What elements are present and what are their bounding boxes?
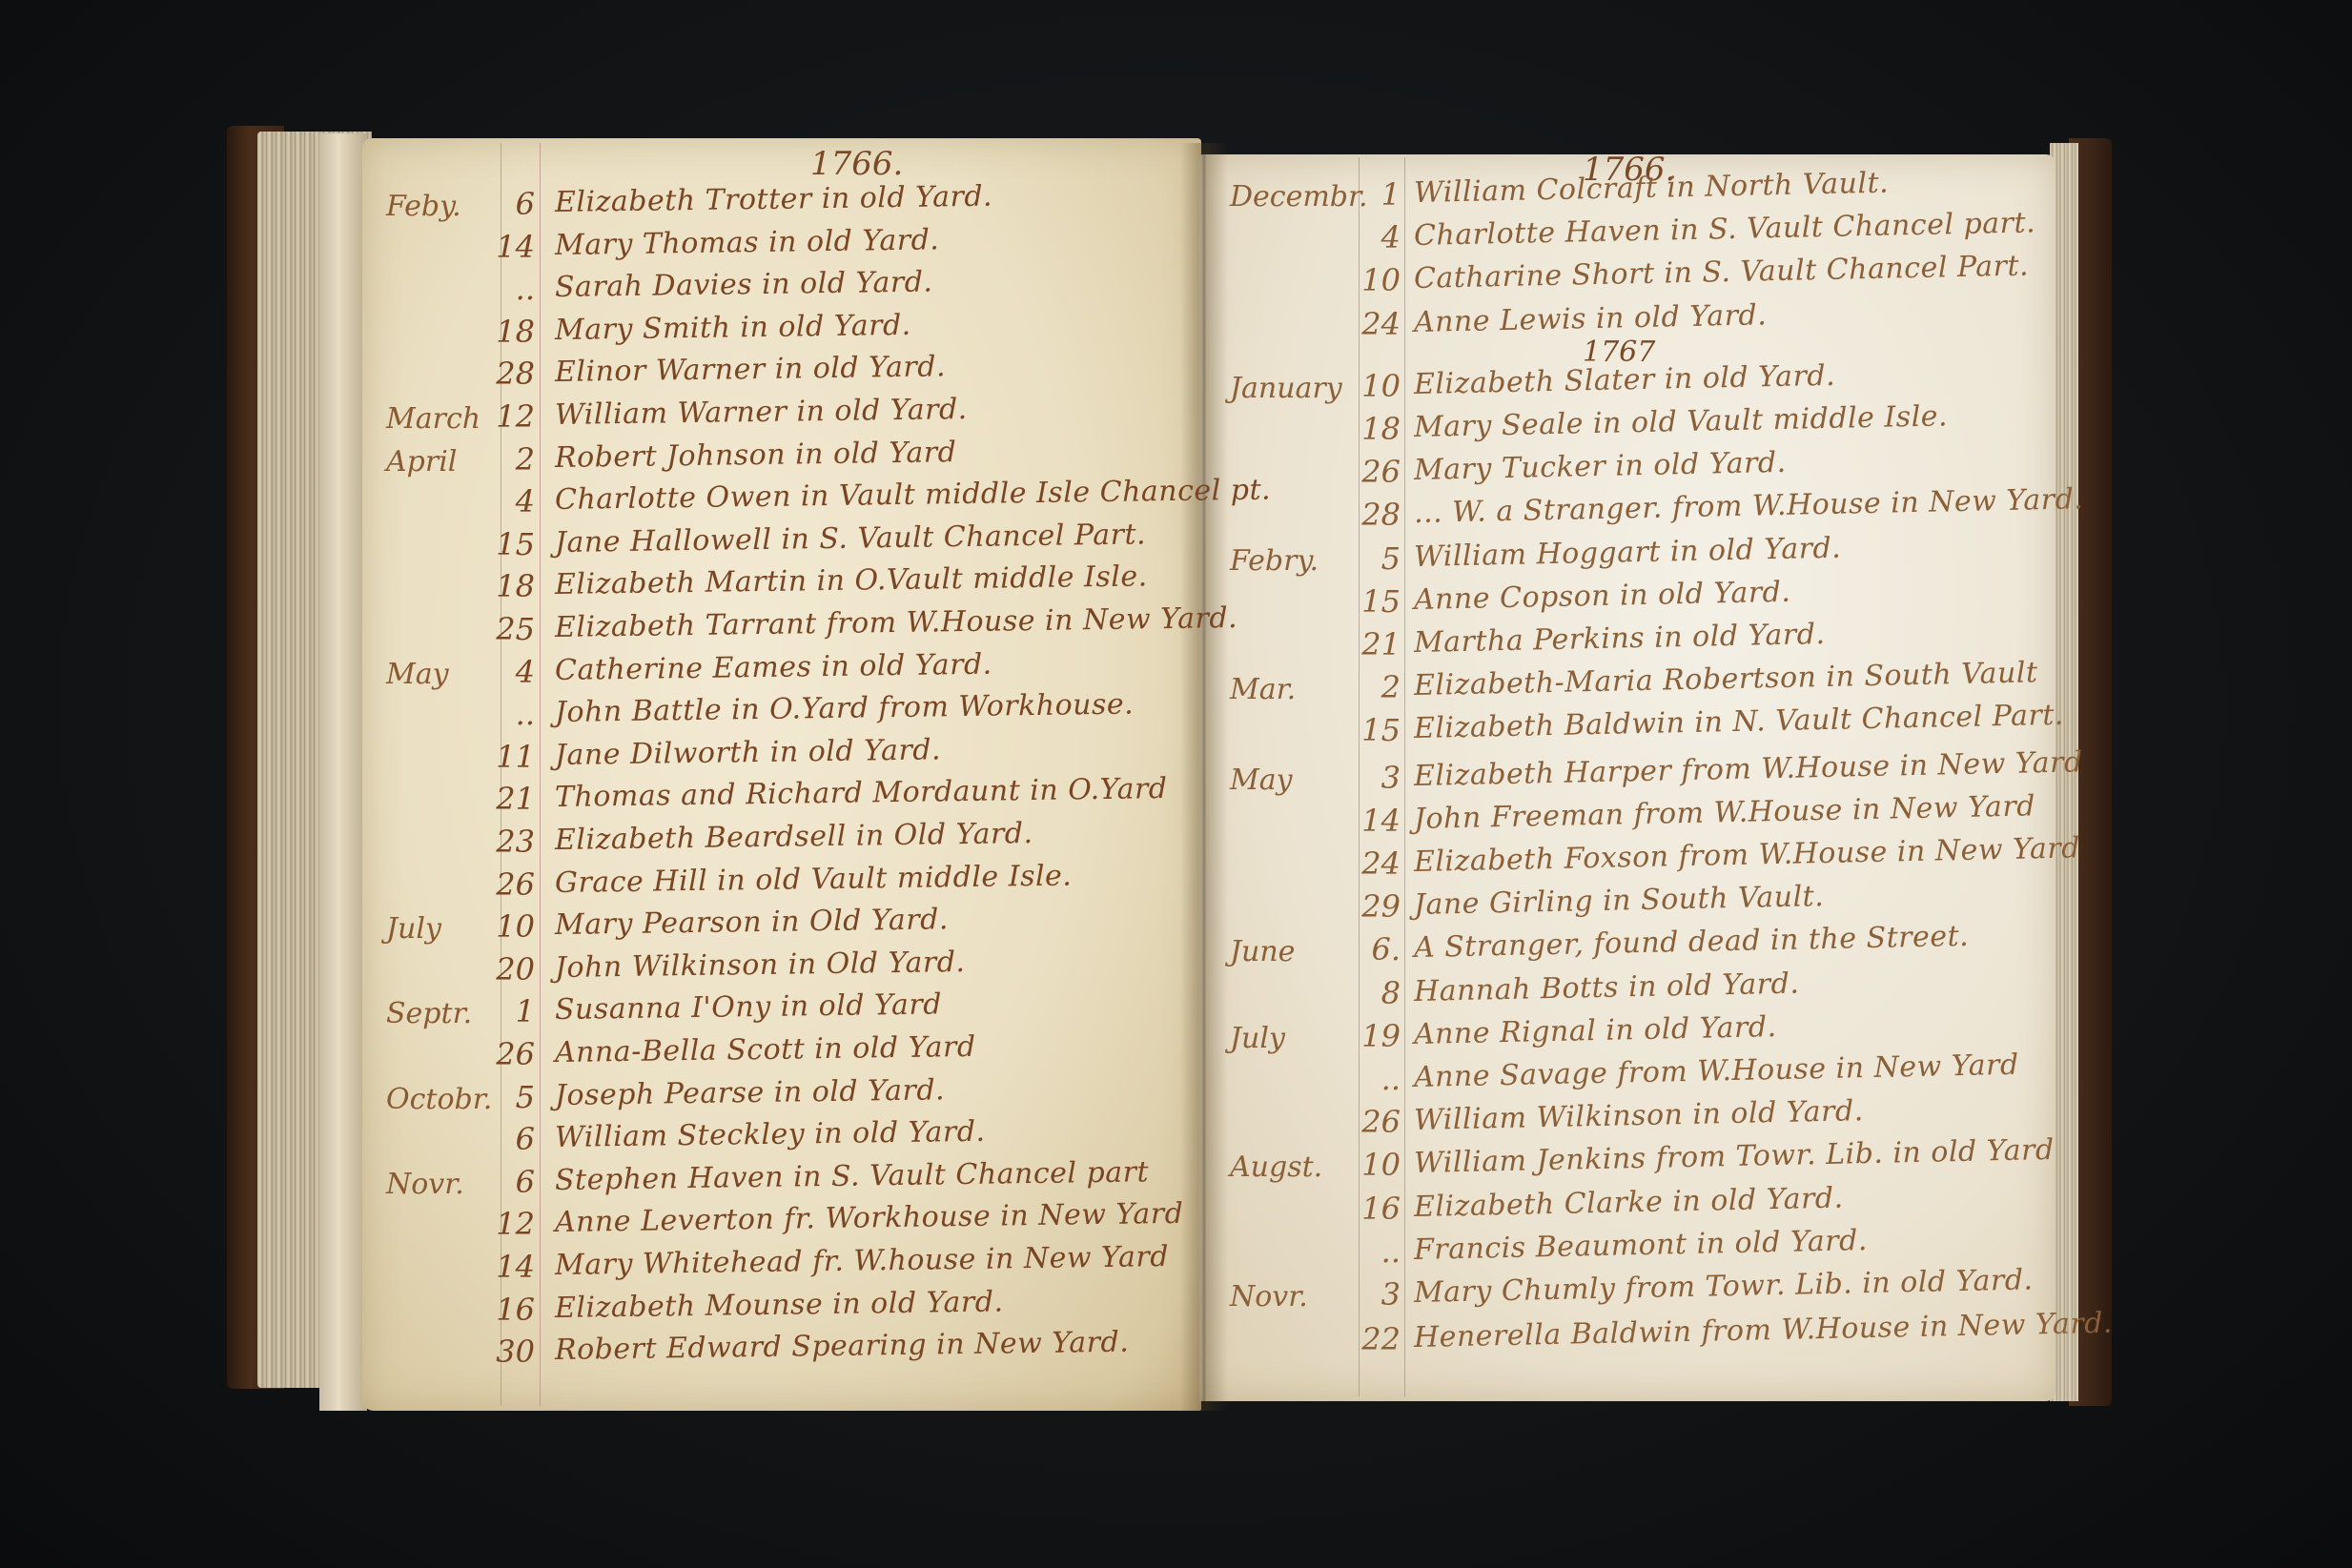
entry-day: 21 (481, 781, 535, 817)
entry-day: 21 (1347, 626, 1401, 662)
entry-day: 22 (1347, 1321, 1401, 1357)
burial-entry: Grace Hill in old Vault middle Isle. (555, 859, 1073, 900)
entry-day: 28 (481, 356, 535, 392)
entry-day: 10 (1347, 262, 1401, 298)
entry-day: 24 (1347, 845, 1401, 882)
entry-day: .. (1347, 1233, 1401, 1270)
burial-entry: William Steckley in old Yard. (555, 1115, 986, 1154)
burial-entry: John Wilkinson in Old Yard. (555, 946, 966, 985)
burial-entry: Sarah Davies in old Yard. (555, 266, 933, 305)
entry-day: 2 (1347, 669, 1401, 705)
entry-day: 3 (1347, 760, 1401, 796)
burial-entry: Joseph Pearse in old Yard. (555, 1073, 946, 1112)
entry-day: .. (1347, 1061, 1401, 1097)
entry-month: April (386, 445, 457, 479)
entry-day: 18 (481, 568, 535, 604)
burial-entry: Jane Dilworth in old Yard. (555, 733, 942, 772)
burial-entry: Mary Thomas in old Yard. (555, 223, 940, 262)
entry-month: Septr. (386, 997, 472, 1030)
entry-day: 15 (481, 526, 535, 562)
burial-entry: Anne Lewis in old Yard. (1414, 298, 1768, 339)
entry-day: .. (481, 696, 535, 732)
entry-day: .. (481, 271, 535, 307)
entry-day: 11 (481, 739, 535, 775)
entry-day: 14 (481, 229, 535, 265)
entry-day: 10 (481, 908, 535, 945)
entry-day: 24 (1347, 306, 1401, 342)
entry-day: 5 (1347, 540, 1401, 577)
entry-month: May (1230, 764, 1293, 797)
left-day-rule (540, 143, 541, 1406)
entry-day: 5 (481, 1079, 535, 1115)
entry-month: Novr. (1230, 1280, 1308, 1313)
burial-entry: Catherine Eames in old Yard. (555, 647, 992, 686)
entry-day: 28 (1347, 497, 1401, 533)
burial-entry: Elizabeth Mounse in old Yard. (555, 1285, 1004, 1325)
entry-day: 12 (481, 1206, 535, 1242)
entry-month: Feby. (386, 190, 461, 223)
entry-month: June (1230, 935, 1295, 968)
entry-month: July (1230, 1022, 1285, 1055)
entry-day: 8 (1347, 975, 1401, 1011)
entry-day: 25 (481, 611, 535, 647)
entry-day: 29 (1347, 888, 1401, 925)
entry-day: 19 (1347, 1018, 1401, 1054)
entry-day: 6 (481, 1121, 535, 1157)
entry-month: Augst. (1230, 1151, 1322, 1184)
burial-entry: William Warner in old Yard. (555, 393, 968, 432)
entry-day: 10 (1347, 1147, 1401, 1183)
entry-day: 3 (1347, 1276, 1401, 1313)
entry-day: 15 (1347, 583, 1401, 620)
entry-day: 16 (481, 1292, 535, 1328)
right-day-rule (1404, 157, 1405, 1396)
entry-month: Novr. (386, 1168, 464, 1201)
entry-day: 6 (481, 186, 535, 222)
entry-day: 20 (481, 951, 535, 988)
burial-entry: Mary Smith in old Yard. (555, 309, 911, 347)
entry-month: May (386, 658, 449, 691)
entry-day: 26 (481, 1036, 535, 1072)
left-year-heading: 1766. (810, 145, 903, 183)
entry-month: Octobr. (386, 1083, 492, 1116)
burial-entry: Anna-Bella Scott in old Yard (555, 1030, 976, 1069)
page-stack-left-edge (319, 133, 367, 1411)
entry-day: 15 (1347, 712, 1401, 748)
entry-day: 4 (1347, 219, 1401, 255)
entry-month: July (386, 912, 441, 946)
entry-day: 1 (1347, 176, 1401, 213)
burial-entry: Robert Johnson in old Yard (555, 436, 957, 475)
burial-entry: Elizabeth Beardsell in Old Yard. (555, 817, 1033, 857)
entry-day: 26 (1347, 454, 1401, 490)
entry-day: 4 (481, 654, 535, 690)
entry-day: 18 (1347, 411, 1401, 447)
entry-day: 14 (1347, 803, 1401, 839)
entry-day: 18 (481, 314, 535, 350)
entry-day: 4 (481, 483, 535, 519)
entry-day: 6 (481, 1164, 535, 1200)
entry-day: 12 (481, 398, 535, 435)
entry-day: 6. (1347, 931, 1401, 967)
burial-entry: Elizabeth Trotter in old Yard. (555, 180, 993, 219)
entry-day: 16 (1347, 1191, 1401, 1227)
burial-entry: Elinor Warner in old Yard. (555, 351, 946, 390)
entry-day: 26 (481, 866, 535, 903)
entry-day: 26 (1347, 1104, 1401, 1140)
entry-day: 1 (481, 993, 535, 1029)
entry-month: March (386, 402, 481, 436)
burial-entry: Mary Pearson in Old Yard. (555, 903, 949, 942)
entry-day: 10 (1347, 368, 1401, 404)
book-gutter (1180, 143, 1228, 1411)
entry-month: Febry. (1230, 544, 1319, 578)
entry-day: 2 (481, 441, 535, 478)
entry-day: 30 (481, 1334, 535, 1370)
entry-day: 23 (481, 824, 535, 860)
entry-month: January (1230, 372, 1342, 405)
entry-day: 14 (481, 1249, 535, 1285)
entry-month: Mar. (1230, 673, 1296, 706)
burial-entry: Susanna I'Ony in old Yard (555, 988, 942, 1028)
